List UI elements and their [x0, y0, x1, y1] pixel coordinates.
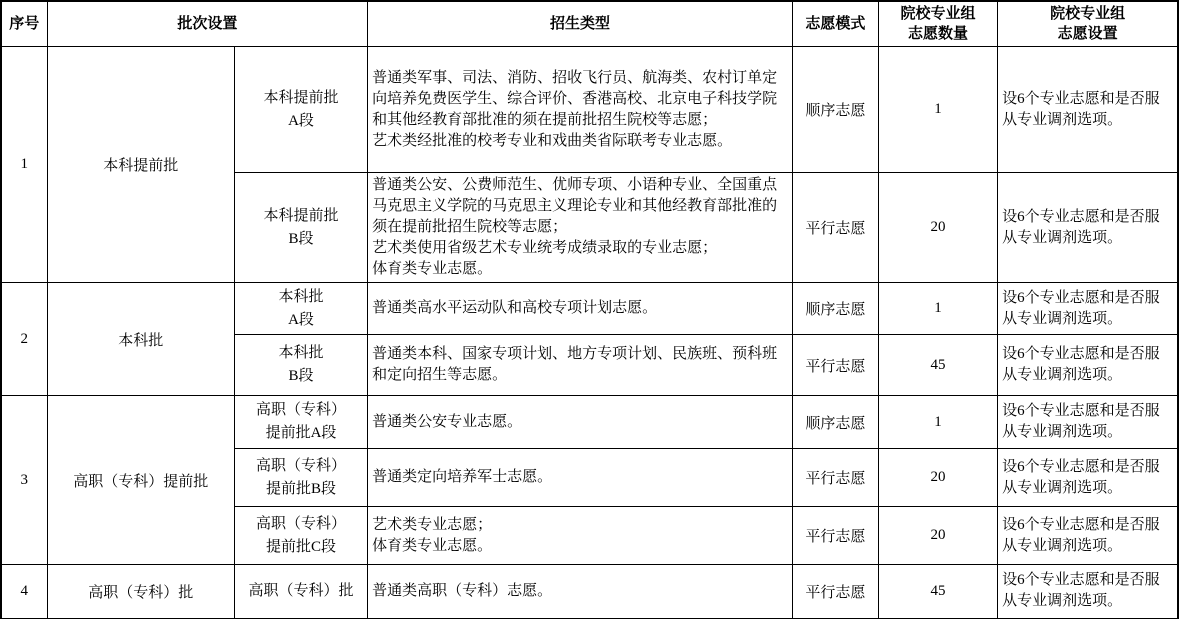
- setting-cell: 设6个专业志愿和是否服从专业调剂选项。: [998, 396, 1178, 449]
- setting-cell: 设6个专业志愿和是否服从专业调剂选项。: [998, 173, 1178, 283]
- table-row: 2 本科批 本科批 A段 普通类高水平运动队和高校专项计划志愿。 顺序志愿 1 …: [1, 283, 1178, 335]
- mode-cell: 平行志愿: [792, 449, 878, 507]
- type-cell: 普通类本科、国家专项计划、地方专项计划、民族班、预科班和定向招生等志愿。: [368, 335, 793, 396]
- setting-cell: 设6个专业志愿和是否服从专业调剂选项。: [998, 335, 1178, 396]
- table-row: 4 高职（专科）批 高职（专科）批 普通类高职（专科）志愿。 平行志愿 45 设…: [1, 565, 1178, 619]
- table-row: 3 高职（专科）提前批 高职（专科） 提前批A段 普通类公安专业志愿。 顺序志愿…: [1, 396, 1178, 449]
- type-cell: 普通类公安、公费师范生、优师专项、小语种专业、全国重点马克思主义学院的马克思主义…: [368, 173, 793, 283]
- header-volunteer-mode: 志愿模式: [792, 1, 878, 47]
- count-cell: 1: [878, 283, 997, 335]
- mode-cell: 平行志愿: [792, 173, 878, 283]
- header-volunteer-count: 院校专业组 志愿数量: [878, 1, 997, 47]
- header-batch-setting: 批次设置: [47, 1, 368, 47]
- type-cell: 普通类定向培养军士志愿。: [368, 449, 793, 507]
- serial-cell: 4: [1, 565, 47, 619]
- mode-cell: 平行志愿: [792, 335, 878, 396]
- serial-cell: 3: [1, 396, 47, 565]
- mode-cell: 顺序志愿: [792, 283, 878, 335]
- count-cell: 45: [878, 335, 997, 396]
- type-cell: 普通类军事、司法、消防、招收飞行员、航海类、农村订单定向培养免费医学生、综合评价…: [368, 47, 793, 173]
- segment-cell: 高职（专科） 提前批A段: [234, 396, 367, 449]
- segment-cell: 高职（专科） 提前批C段: [234, 507, 367, 565]
- count-cell: 45: [878, 565, 997, 619]
- batch-cell: 本科批: [47, 283, 234, 396]
- count-cell: 1: [878, 396, 997, 449]
- type-cell: 普通类高职（专科）志愿。: [368, 565, 793, 619]
- type-cell: 普通类公安专业志愿。: [368, 396, 793, 449]
- header-volunteer-setting: 院校专业组 志愿设置: [998, 1, 1178, 47]
- admission-batch-table-page: 序号 批次设置 招生类型 志愿模式 院校专业组 志愿数量 院校专业组 志愿设置 …: [0, 0, 1179, 619]
- segment-cell: 本科批 B段: [234, 335, 367, 396]
- header-serial: 序号: [1, 1, 47, 47]
- type-cell: 艺术类专业志愿； 体育类专业志愿。: [368, 507, 793, 565]
- segment-cell: 本科批 A段: [234, 283, 367, 335]
- mode-cell: 平行志愿: [792, 507, 878, 565]
- setting-cell: 设6个专业志愿和是否服从专业调剂选项。: [998, 565, 1178, 619]
- count-cell: 20: [878, 173, 997, 283]
- serial-cell: 2: [1, 283, 47, 396]
- admission-batch-table: 序号 批次设置 招生类型 志愿模式 院校专业组 志愿数量 院校专业组 志愿设置 …: [0, 0, 1179, 619]
- segment-cell: 本科提前批 A段: [234, 47, 367, 173]
- batch-cell: 本科提前批: [47, 47, 234, 283]
- header-enrollment-type: 招生类型: [368, 1, 793, 47]
- batch-cell: 高职（专科）提前批: [47, 396, 234, 565]
- setting-cell: 设6个专业志愿和是否服从专业调剂选项。: [998, 47, 1178, 173]
- header-row: 序号 批次设置 招生类型 志愿模式 院校专业组 志愿数量 院校专业组 志愿设置: [1, 1, 1178, 47]
- type-cell: 普通类高水平运动队和高校专项计划志愿。: [368, 283, 793, 335]
- batch-cell: 高职（专科）批: [47, 565, 234, 619]
- mode-cell: 顺序志愿: [792, 396, 878, 449]
- segment-cell: 本科提前批 B段: [234, 173, 367, 283]
- count-cell: 1: [878, 47, 997, 173]
- segment-cell: 高职（专科） 提前批B段: [234, 449, 367, 507]
- table-row: 1 本科提前批 本科提前批 A段 普通类军事、司法、消防、招收飞行员、航海类、农…: [1, 47, 1178, 173]
- serial-cell: 1: [1, 47, 47, 283]
- count-cell: 20: [878, 449, 997, 507]
- setting-cell: 设6个专业志愿和是否服从专业调剂选项。: [998, 507, 1178, 565]
- mode-cell: 顺序志愿: [792, 47, 878, 173]
- segment-cell: 高职（专科）批: [234, 565, 367, 619]
- mode-cell: 平行志愿: [792, 565, 878, 619]
- count-cell: 20: [878, 507, 997, 565]
- setting-cell: 设6个专业志愿和是否服从专业调剂选项。: [998, 449, 1178, 507]
- setting-cell: 设6个专业志愿和是否服从专业调剂选项。: [998, 283, 1178, 335]
